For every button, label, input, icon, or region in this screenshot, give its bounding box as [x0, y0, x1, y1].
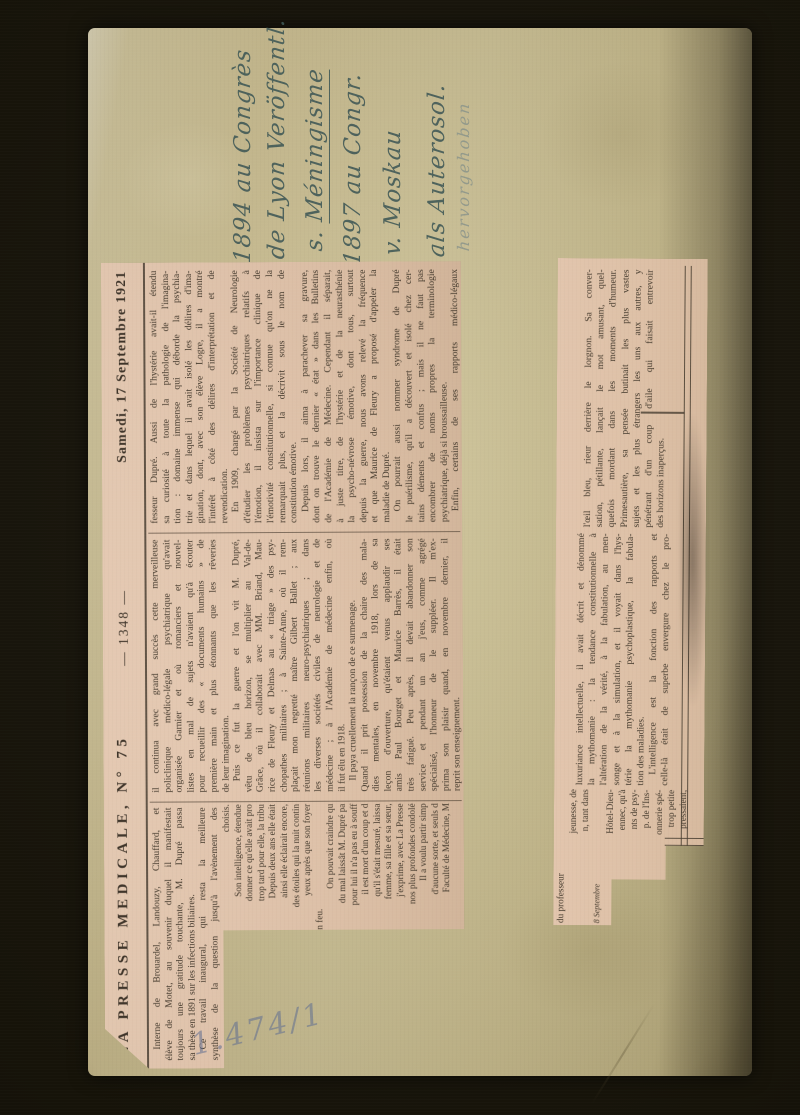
- print-line: fesseur Dupré. Aussi de l'hystérie avait…: [148, 271, 161, 524]
- print-fragment: trop tard pour elle, la tribu: [256, 804, 268, 938]
- print-line: l'émotivité constitutionnelle, si connue…: [264, 270, 277, 523]
- article-column-3: fesseur Dupré. Aussi de l'hystérie avait…: [148, 269, 474, 524]
- print-fragment: nos plus profondes condolé: [406, 803, 418, 937]
- print-line: tion : domaine immense qui déborde la ps…: [171, 271, 184, 524]
- print-line: encombrer de noms propres la terminologi…: [426, 269, 439, 522]
- print-fragment: Faculté de Médecine, M: [441, 803, 453, 937]
- print-fragment: du mal laissât M. Dupré pa: [337, 804, 349, 938]
- print-fragment: son feu.: [313, 804, 325, 938]
- print-line: l'intérêt à côté des délires d'interprét…: [206, 270, 219, 523]
- masthead-journal-title: LA PRESSE MEDICALE, N° 75: [114, 734, 133, 1056]
- masthead-date: Samedi, 17 Septembre 1921: [113, 271, 130, 463]
- print-fragment: On pouvait craindre qu: [325, 804, 337, 938]
- printed-border-corner-rule: [665, 838, 704, 846]
- print-fragment: 8 Septembre: [591, 789, 604, 923]
- print-line: de l'Académie de Médecine. Cependant il …: [322, 270, 335, 523]
- handwritten-line: als Auterosol.: [424, 26, 450, 267]
- handwritten-annotations: 1894 au Congrès de Lyon Veröffentl. s. M…: [226, 27, 498, 265]
- article-column-1-cut-fragments: choisis.Son intelligence, étenduedonner …: [221, 803, 454, 938]
- print-line: et que Maurice de Fleury a proposé d'app…: [368, 269, 381, 522]
- handwritten-line: 1897 au Congr.: [340, 26, 366, 267]
- print-fragment: choisis.: [221, 804, 233, 938]
- print-fragment: n, tant dans: [579, 789, 592, 923]
- print-line: rice de Fleury et Delmas au « triage » d…: [265, 539, 278, 792]
- handwritten-pencil-note: hervorgehoben: [454, 26, 473, 266]
- print-fragment: des étoiles qui la nuit contin: [290, 804, 302, 938]
- printed-border-rule: [681, 266, 692, 848]
- print-fragment: d'aucune sorte, et seuls d: [429, 803, 441, 937]
- print-fragment: il est mort d'un coup et d: [360, 804, 372, 938]
- strip-column-2: luxuriance intellectuelle, il avait décr…: [574, 533, 673, 786]
- print-line: il continua avec grand succès cette merv…: [149, 540, 162, 793]
- print-line: organisée Garnier et où romanciers et no…: [173, 540, 186, 793]
- handwritten-abbrev: s.: [302, 220, 328, 252]
- archival-scan-photo: 1894 au Congrès de Lyon Veröffentl. s. M…: [0, 0, 800, 1115]
- print-line: plaçait mon regretté maître Gilbert Ball…: [288, 539, 301, 792]
- print-fragment: Son intelligence, étendue: [232, 804, 244, 938]
- print-fragment: donner ce qu'elle avait pro: [244, 804, 256, 938]
- handwritten-term-underlined: Méningisme: [302, 67, 330, 223]
- print-line: Interne de Brouardel, Landouzy, Chauffar…: [151, 808, 164, 1061]
- handwritten-line: v. Moskau: [380, 26, 406, 267]
- print-line: médecine ; à l'Académie de médecine enfi…: [323, 539, 336, 792]
- column-rule: [148, 531, 460, 534]
- print-fragment: ainsi elle éclairait encore,: [279, 804, 291, 938]
- print-line: celle-là était de superbe envergure chez…: [659, 534, 673, 786]
- print-line: Puis ce fut la guerre et l'on vit M. Dup…: [230, 539, 243, 792]
- print-line: la psycho-névrose émotive, dont tous, su…: [345, 270, 358, 523]
- print-fragment: femme, sa fille et sa sœur,: [383, 803, 395, 937]
- print-line: reprit son enseignement.: [451, 538, 464, 791]
- print-line: très fatigué. Peu après, il devait aband…: [404, 538, 417, 791]
- print-line: remarquait plus, et la décrivit sous le …: [275, 270, 288, 523]
- printed-section-rule: [641, 412, 685, 414]
- print-line: toujours une gratitude touchante, M. Dup…: [174, 808, 187, 1061]
- handwritten-line: s. Méningisme: [302, 26, 328, 267]
- masthead-page-number: — 1348 —: [116, 589, 132, 666]
- print-line: le puérilisme, qu'il a découvert et isol…: [403, 269, 416, 522]
- print-line: En 1909, chargé par la Société de Neurol…: [229, 270, 242, 523]
- print-fragment: jeunesse, de: [566, 789, 579, 923]
- print-line: prima son plaisir quand, en novembre der…: [439, 538, 452, 791]
- print-fragment: Il a voulu partir simp: [418, 803, 430, 937]
- print-line: l'altération de la vérité, à la fabulati…: [599, 533, 613, 785]
- article-column-2: il continua avec grand succès cette merv…: [149, 538, 463, 793]
- handwritten-line: de Lyon Veröffentl.: [264, 26, 290, 267]
- strip-column-3: l'œil bleu, rieur derrière le lorgnon. S…: [582, 269, 669, 528]
- print-fragment: du professeur: [554, 789, 567, 923]
- print-line: des horizons inaperçus.: [655, 270, 669, 528]
- column-rule: [150, 800, 462, 803]
- print-fragment: yeux après que son foyer: [302, 804, 314, 938]
- print-fragment: j'exprime, avec La Presse: [395, 803, 407, 937]
- print-fragment: qu'il s'était mesuré, laissa: [371, 803, 383, 937]
- print-fragment: pour lui il n'a pas eu à souff: [348, 804, 360, 938]
- newspaper-clipping-strip: du professeurjeunesse, den, tant dans8 S…: [553, 258, 708, 926]
- print-line: première main et plus étonnants que les …: [207, 539, 220, 792]
- handwritten-line: 1894 au Congrès: [230, 26, 256, 267]
- print-fragment: Depuis deux ans elle était: [267, 804, 279, 938]
